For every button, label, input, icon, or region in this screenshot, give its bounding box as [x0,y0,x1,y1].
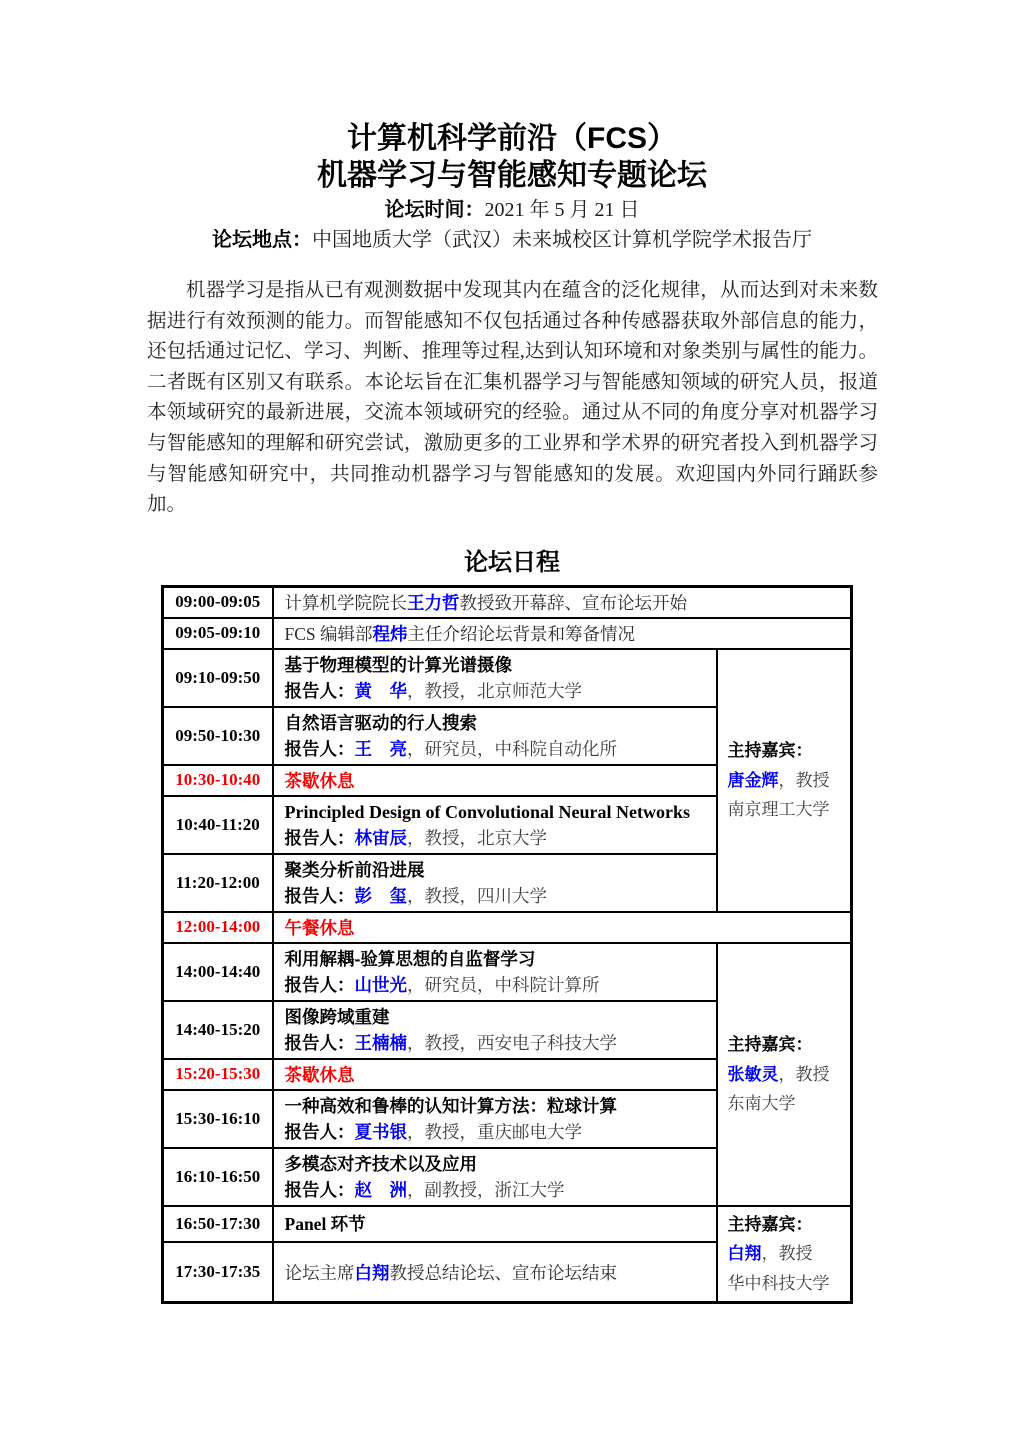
event-cell: 多模态对齐技术以及应用报告人：赵 洲，副教授，浙江大学 [273,1148,717,1206]
speaker-line: 报告人：王楠楠，教授，西安电子科技大学 [285,1030,710,1056]
schedule-row: 09:10-09:50基于物理模型的计算光谱摄像报告人：黄 华，教授，北京师范大… [163,649,852,707]
host-name-line: 唐金辉，教授 [728,766,848,796]
time-cell: 12:00-14:00 [163,912,273,943]
speaker-affiliation: ，教授，西安电子科技大学 [407,1033,617,1053]
intro-paragraph: 机器学习是指从已有观测数据中发现其内在蕴含的泛化规律，从而达到对未来数据进行有效… [147,276,878,521]
event-cell: FCS 编辑部程炜主任介绍论坛背景和筹备情况 [273,618,852,649]
time-cell: 09:05-09:10 [163,618,273,649]
speaker-line: 报告人：夏书银，教授，重庆邮电大学 [285,1119,710,1145]
host-label: 主持嘉宾： [728,736,848,766]
time-cell: 09:50-10:30 [163,707,273,765]
speaker-line: 报告人：黄 华，教授，北京师范大学 [285,678,710,704]
schedule-row: 12:00-14:00午餐休息 [163,912,852,943]
speaker-line: 报告人：林宙辰，教授，北京大学 [285,825,710,851]
host-organization: 南京理工大学 [728,795,848,825]
event-cell: Panel 环节 [273,1206,717,1242]
forum-venue-value: 中国地质大学（武汉）未来城校区计算机学院学术报告厅 [312,229,812,251]
speaker-affiliation: ，研究员，中科院计算所 [407,975,600,995]
forum-title: 机器学习与智能感知专题论坛 [0,157,1024,194]
speaker-line: 报告人：王 亮，研究员，中科院自动化所 [285,736,710,762]
host-name-line: 张敏灵，教授 [728,1060,848,1090]
time-cell: 15:20-15:30 [163,1059,273,1090]
person-name: 程炜 [373,624,408,644]
speaker-affiliation: ，教授，北京师范大学 [407,681,582,701]
forum-venue-line: 论坛地点：中国地质大学（武汉）未来城校区计算机学院学术报告厅 [0,227,1024,254]
event-cell: 计算机学院院长王力哲教授致开幕辞、宣布论坛开始 [273,586,852,618]
time-cell: 14:40-15:20 [163,1001,273,1059]
speaker-name: 夏书银 [355,1122,408,1142]
person-name: 王力哲 [407,593,460,613]
talk-title: 基于物理模型的计算光谱摄像 [285,652,710,678]
host-cell: 主持嘉宾：张敏灵，教授东南大学 [717,943,852,1206]
speaker-name: 黄 华 [355,681,408,701]
time-cell: 17:30-17:35 [163,1242,273,1303]
event-cell: 图像跨域重建报告人：王楠楠，教授，西安电子科技大学 [273,1001,717,1059]
event-text: 教授致开幕辞、宣布论坛开始 [460,593,688,613]
break-label: 茶歇休息 [285,771,355,791]
host-title: ，教授 [779,771,830,790]
speaker-affiliation: ，副教授，浙江大学 [407,1180,565,1200]
forum-time-value: 2021 年 5 月 21 日 [485,199,640,221]
talk-title: 一种高效和鲁棒的认知计算方法：粒球计算 [285,1093,710,1119]
host-cell: 主持嘉宾：白翔，教授华中科技大学 [717,1206,852,1303]
time-cell: 14:00-14:40 [163,943,273,1001]
schedule-table: 09:00-09:05计算机学院院长王力哲教授致开幕辞、宣布论坛开始09:05-… [161,585,853,1305]
time-cell: 16:50-17:30 [163,1206,273,1242]
host-organization: 华中科技大学 [728,1269,848,1299]
speaker-name: 王楠楠 [355,1033,408,1053]
time-cell: 09:00-09:05 [163,586,273,618]
speaker-name: 林宙辰 [355,828,408,848]
person-name: 白翔 [355,1263,390,1283]
event-cell: 基于物理模型的计算光谱摄像报告人：黄 华，教授，北京师范大学 [273,649,717,707]
time-cell: 15:30-16:10 [163,1090,273,1148]
event-cell: 午餐休息 [273,912,852,943]
host-title: ，教授 [762,1244,813,1263]
speaker-label: 报告人： [285,1122,355,1142]
forum-time-label: 论坛时间： [385,199,485,221]
doc-header: 计算机科学前沿（FCS） 机器学习与智能感知专题论坛 论坛时间：2021 年 5… [0,0,1024,254]
speaker-label: 报告人： [285,886,355,906]
host-label: 主持嘉宾： [728,1210,848,1240]
speaker-label: 报告人： [285,975,355,995]
speaker-affiliation: ，教授，重庆邮电大学 [407,1122,582,1142]
talk-title: 图像跨域重建 [285,1004,710,1030]
speaker-name: 彭 玺 [355,886,408,906]
event-text: 论坛主席 [285,1263,355,1283]
time-cell: 10:30-10:40 [163,765,273,796]
session-label: Panel 环节 [285,1214,366,1234]
host-organization: 东南大学 [728,1089,848,1119]
event-text: 主任介绍论坛背景和筹备情况 [408,624,636,644]
host-cell: 主持嘉宾：唐金辉，教授南京理工大学 [717,649,852,912]
schedule-row: 09:05-09:10FCS 编辑部程炜主任介绍论坛背景和筹备情况 [163,618,852,649]
speaker-line: 报告人：赵 洲，副教授，浙江大学 [285,1177,710,1203]
speaker-line: 报告人：山世光，研究员，中科院计算所 [285,972,710,998]
schedule-heading: 论坛日程 [0,550,1024,576]
event-cell: Principled Design of Convolutional Neura… [273,796,717,854]
speaker-name: 山世光 [355,975,408,995]
talk-title: Principled Design of Convolutional Neura… [285,799,710,825]
event-text: 教授总结论坛、宣布论坛结束 [390,1263,618,1283]
host-name: 张敏灵 [728,1065,779,1084]
schedule-row: 14:00-14:40利用解耦-验算思想的自监督学习报告人：山世光，研究员，中科… [163,943,852,1001]
event-cell: 利用解耦-验算思想的自监督学习报告人：山世光，研究员，中科院计算所 [273,943,717,1001]
host-name: 唐金辉 [728,771,779,790]
event-text: FCS 编辑部 [285,624,373,644]
speaker-label: 报告人： [285,828,355,848]
speaker-affiliation: ，教授，四川大学 [407,886,547,906]
speaker-name: 王 亮 [355,739,408,759]
speaker-label: 报告人： [285,1180,355,1200]
forum-time-line: 论坛时间：2021 年 5 月 21 日 [0,197,1024,224]
event-cell: 论坛主席白翔教授总结论坛、宣布论坛结束 [273,1242,717,1303]
event-cell: 聚类分析前沿进展报告人：彭 玺，教授，四川大学 [273,854,717,912]
talk-title: 聚类分析前沿进展 [285,857,710,883]
break-label: 午餐休息 [285,918,355,938]
speaker-affiliation: ，教授，北京大学 [407,828,547,848]
speaker-label: 报告人： [285,739,355,759]
talk-title: 多模态对齐技术以及应用 [285,1151,710,1177]
host-label: 主持嘉宾： [728,1030,848,1060]
talk-title: 自然语言驱动的行人搜索 [285,710,710,736]
break-label: 茶歇休息 [285,1065,355,1085]
schedule-body: 09:00-09:05计算机学院院长王力哲教授致开幕辞、宣布论坛开始09:05-… [163,586,852,1303]
event-cell: 一种高效和鲁棒的认知计算方法：粒球计算报告人：夏书银，教授，重庆邮电大学 [273,1090,717,1148]
host-name-line: 白翔，教授 [728,1239,848,1269]
time-cell: 10:40-11:20 [163,796,273,854]
time-cell: 09:10-09:50 [163,649,273,707]
series-title: 计算机科学前沿（FCS） [0,120,1024,157]
event-cell: 茶歇休息 [273,765,717,796]
event-cell: 自然语言驱动的行人搜索报告人：王 亮，研究员，中科院自动化所 [273,707,717,765]
speaker-name: 赵 洲 [355,1180,408,1200]
speaker-affiliation: ，研究员，中科院自动化所 [407,739,617,759]
schedule-row: 16:50-17:30Panel 环节主持嘉宾：白翔，教授华中科技大学 [163,1206,852,1242]
time-cell: 11:20-12:00 [163,854,273,912]
event-cell: 茶歇休息 [273,1059,717,1090]
event-text: 计算机学院院长 [285,593,408,613]
talk-title: 利用解耦-验算思想的自监督学习 [285,946,710,972]
speaker-label: 报告人： [285,1033,355,1053]
speaker-line: 报告人：彭 玺，教授，四川大学 [285,883,710,909]
schedule-row: 09:00-09:05计算机学院院长王力哲教授致开幕辞、宣布论坛开始 [163,586,852,618]
host-name: 白翔 [728,1244,762,1263]
document-page: 计算机科学前沿（FCS） 机器学习与智能感知专题论坛 论坛时间：2021 年 5… [0,0,1024,1448]
host-title: ，教授 [779,1065,830,1084]
time-cell: 16:10-16:50 [163,1148,273,1206]
forum-venue-label: 论坛地点： [212,229,312,251]
speaker-label: 报告人： [285,681,355,701]
